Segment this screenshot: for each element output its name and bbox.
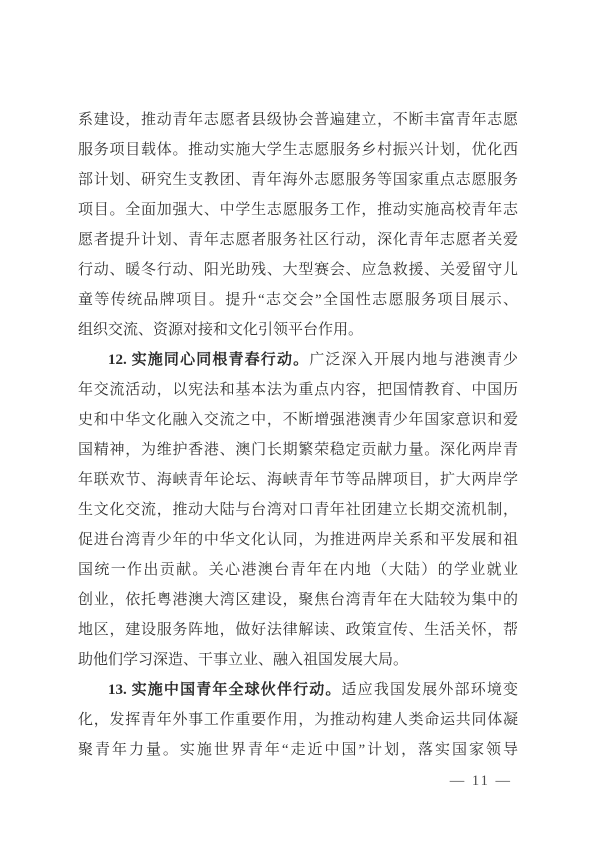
text-line: 国统一作出贡献。关心港澳台青年在内地（大陆）的学业就业 [78, 555, 518, 585]
line-text: 聚青年力量。实施世界青年“走近中国”计划，落实国家领导 [78, 742, 518, 758]
line-text: 童等传统品牌项目。提升“志交会”全国性志愿服务项目展示、 [78, 292, 518, 308]
text-line: 项目。全面加强大、中学生志愿服务工作，推动实施高校青年志 [78, 195, 518, 225]
line-text: 国统一作出贡献。关心港澳台青年在内地（大陆）的学业就业 [78, 562, 518, 578]
text-line: 行动、暖冬行动、阳光助残、大型赛会、应急救援、关爱留守儿 [78, 255, 518, 285]
line-text: 适应我国发展外部环境变 [342, 682, 518, 698]
text-line: 部计划、研究生支教团、青年海外志愿服务等国家重点志愿服务 [78, 165, 518, 195]
line-text: 化，发挥青年外事工作重要作用，为推动构建人类命运共同体凝 [78, 712, 518, 728]
text-line: 12. 实施同心同根青春行动。广泛深入开展内地与港澳青少 [78, 345, 518, 375]
text-line: 化，发挥青年外事工作重要作用，为推动构建人类命运共同体凝 [78, 705, 518, 735]
text-line: 助他们学习深造、干事立业、融入祖国发展大局。 [78, 645, 518, 675]
document-body: 系建设，推动青年志愿者县级协会普遍建立，不断丰富青年志愿服务项目载体。推动实施大… [78, 105, 518, 765]
line-text: 行动、暖冬行动、阳光助残、大型赛会、应急救援、关爱留守儿 [78, 262, 518, 278]
line-text: 生文化交流，推动大陆与台湾对口青年社团建立长期交流机制， [78, 502, 518, 518]
text-line: 聚青年力量。实施世界青年“走近中国”计划，落实国家领导 [78, 735, 518, 765]
paragraph-heading: 13. 实施中国青年全球伙伴行动。 [108, 682, 342, 698]
line-text: 系建设，推动青年志愿者县级协会普遍建立，不断丰富青年志愿 [78, 112, 518, 128]
text-line: 国精神，为维护香港、澳门长期繁荣稳定贡献力量。深化两岸青 [78, 435, 518, 465]
text-line: 年交流活动，以宪法和基本法为重点内容，把国情教育、中国历 [78, 375, 518, 405]
line-text: 服务项目载体。推动实施大学生志愿服务乡村振兴计划，优化西 [78, 142, 518, 158]
line-text: 年联欢节、海峡青年论坛、海峡青年节等品牌项目，扩大两岸学 [78, 472, 518, 488]
text-line: 组织交流、资源对接和文化引领平台作用。 [78, 315, 518, 345]
text-line: 年联欢节、海峡青年论坛、海峡青年节等品牌项目，扩大两岸学 [78, 465, 518, 495]
line-text: 部计划、研究生支教团、青年海外志愿服务等国家重点志愿服务 [78, 172, 518, 188]
line-text: 年交流活动，以宪法和基本法为重点内容，把国情教育、中国历 [78, 382, 518, 398]
text-line: 创业，依托粤港澳大湾区建设，聚焦台湾青年在大陆较为集中的 [78, 585, 518, 615]
line-text: 地区，建设服务阵地，做好法律解读、政策宣传、生活关怀，帮 [78, 622, 518, 638]
document-page: 系建设，推动青年志愿者县级协会普遍建立，不断丰富青年志愿服务项目载体。推动实施大… [0, 0, 595, 842]
text-line: 生文化交流，推动大陆与台湾对口青年社团建立长期交流机制， [78, 495, 518, 525]
text-line: 促进台湾青少年的中华文化认同，为推进两岸关系和平发展和祖 [78, 525, 518, 555]
line-text: 创业，依托粤港澳大湾区建设，聚焦台湾青年在大陆较为集中的 [78, 592, 518, 608]
line-text: 国精神，为维护香港、澳门长期繁荣稳定贡献力量。深化两岸青 [78, 442, 518, 458]
text-line: 地区，建设服务阵地，做好法律解读、政策宣传、生活关怀，帮 [78, 615, 518, 645]
line-text: 愿者提升计划、青年志愿者服务社区行动，深化青年志愿者关爱 [78, 232, 518, 248]
line-text: 组织交流、资源对接和文化引领平台作用。 [78, 322, 363, 338]
text-line: 系建设，推动青年志愿者县级协会普遍建立，不断丰富青年志愿 [78, 105, 518, 135]
line-text: 广泛深入开展内地与港澳青少 [309, 352, 518, 368]
text-line: 服务项目载体。推动实施大学生志愿服务乡村振兴计划，优化西 [78, 135, 518, 165]
line-text: 促进台湾青少年的中华文化认同，为推进两岸关系和平发展和祖 [78, 532, 518, 548]
paragraph-heading: 12. 实施同心同根青春行动。 [108, 352, 309, 368]
line-text: 史和中华文化融入交流之中，不断增强港澳青少年国家意识和爱 [78, 412, 518, 428]
text-line: 13. 实施中国青年全球伙伴行动。适应我国发展外部环境变 [78, 675, 518, 705]
line-text: 助他们学习深造、干事立业、融入祖国发展大局。 [78, 652, 408, 668]
text-line: 童等传统品牌项目。提升“志交会”全国性志愿服务项目展示、 [78, 285, 518, 315]
text-line: 愿者提升计划、青年志愿者服务社区行动，深化青年志愿者关爱 [78, 225, 518, 255]
text-line: 史和中华文化融入交流之中，不断增强港澳青少年国家意识和爱 [78, 405, 518, 435]
line-text: 项目。全面加强大、中学生志愿服务工作，推动实施高校青年志 [78, 202, 518, 218]
page-number: — 11 — [450, 771, 512, 791]
